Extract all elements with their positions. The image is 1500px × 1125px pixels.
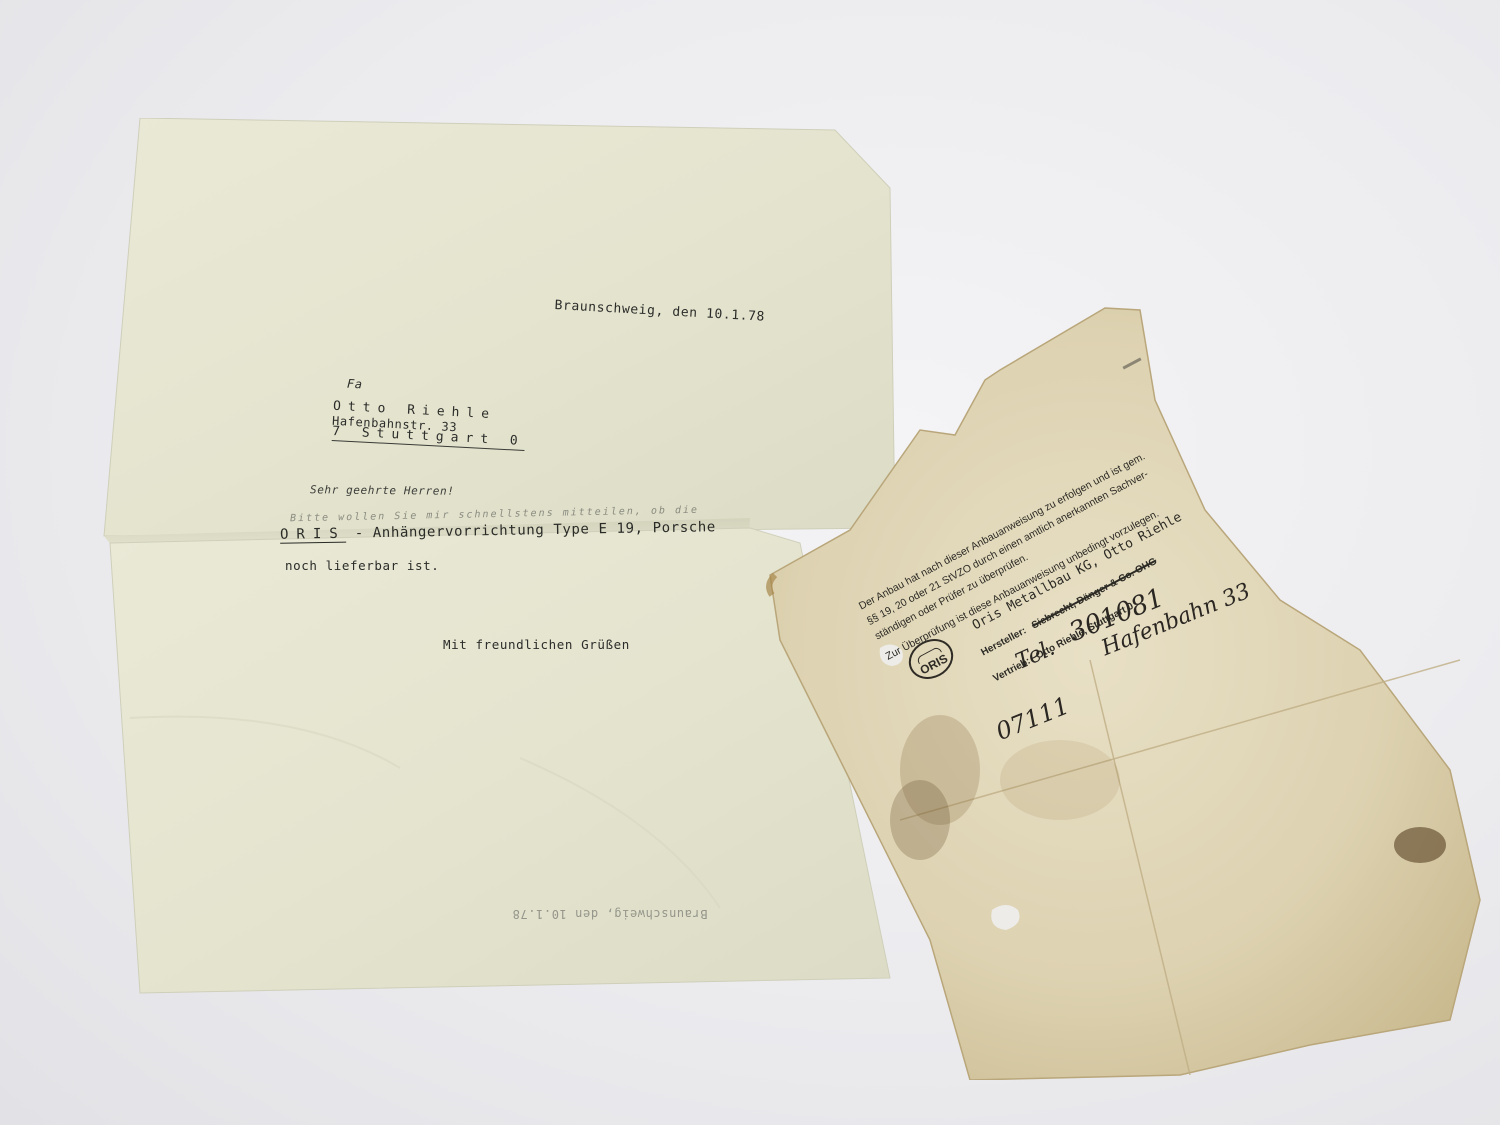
leaflet-paper xyxy=(760,300,1500,1080)
recipient-prefix: Fa xyxy=(347,377,363,392)
mirrored-offset-text: Braunschweig, den 10.1.78 xyxy=(512,907,708,921)
closing: Mit freundlichen Grüßen xyxy=(443,637,630,652)
photo-scene: Braunschweig, den 10.1.78 Fa Otto Riehle… xyxy=(0,0,1500,1125)
salutation: Sehr geehrte Herren! xyxy=(310,483,455,498)
body-line: noch lieferbar ist. xyxy=(285,558,439,573)
subject-brand: ORIS xyxy=(280,526,346,544)
installation-leaflet: Der Anbau hat nach dieser Anbauanweisung… xyxy=(760,300,1500,1080)
